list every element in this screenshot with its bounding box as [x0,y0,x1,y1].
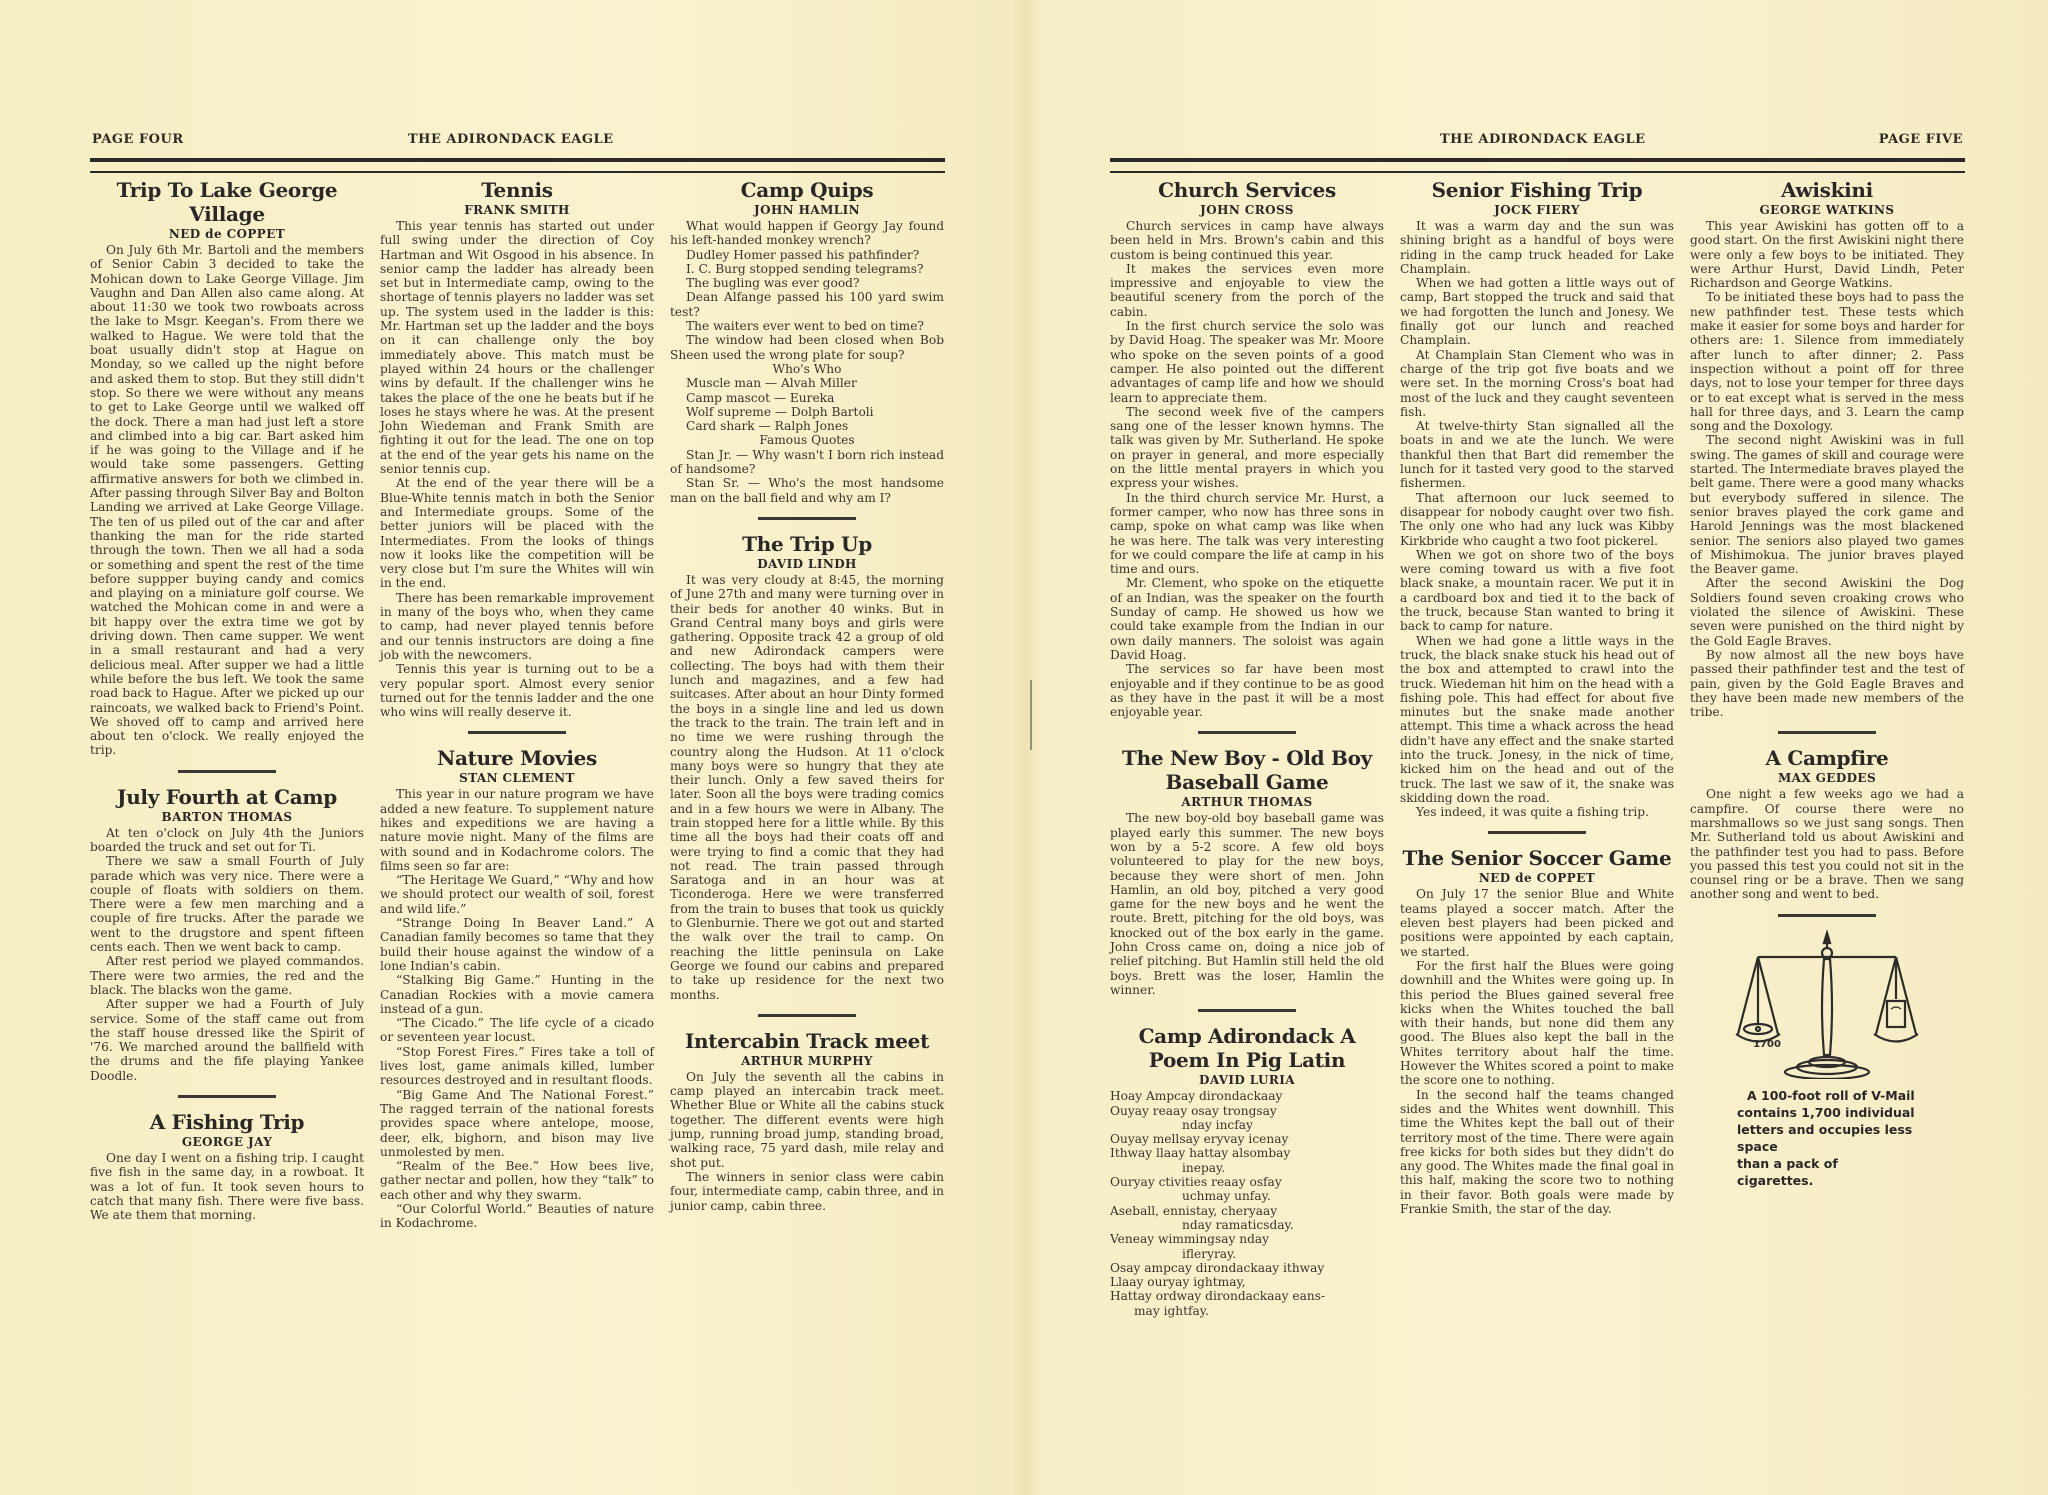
article-separator [1488,831,1586,834]
newspaper-spread: PAGE FOUR THE ADIRONDACK EAGLE Trip To L… [0,0,2048,1495]
column-2: TennisFRANK SMITHThis year tennis has st… [380,176,654,1468]
article-byline: ARTHUR THOMAS [1110,794,1384,810]
article-title: A Fishing Trip [90,1110,364,1134]
article-paragraph: It makes the services even more impressi… [1110,262,1384,319]
article-byline: FRANK SMITH [380,202,654,218]
article-paragraph: One night a few weeks ago we had a campf… [1690,787,1964,901]
article-paragraph: For the first half the Blues were going … [1400,959,1674,1088]
caption-line: letters and occupies less space [1737,1121,1917,1155]
whos-who-item: Muscle man — Alvah Miller [670,376,944,390]
article-paragraph: “The Cicado.” The life cycle of a cicado… [380,1016,654,1045]
column-3: AwiskiniGEORGE WATKINSThis year Awiskini… [1690,176,1964,1468]
article-paragraph: The second week five of the campers sang… [1110,405,1384,491]
article-byline: GEORGE JAY [90,1134,364,1150]
poem-line: uchmay unfay. [1110,1189,1384,1203]
article: Intercabin Track meetARTHUR MURPHYOn Jul… [670,1029,944,1213]
newspaper-name: THE ADIRONDACK EAGLE [408,132,614,147]
article-paragraph: At twelve-thirty Stan signalled all the … [1400,419,1674,490]
article-separator [178,770,276,773]
article-title: The New Boy - Old Boy Baseball Game [1110,746,1384,794]
poem-line: Aseball, ennistay, cheryaay [1110,1204,1384,1218]
quip-item: The waiters ever went to bed on time? [670,319,944,333]
quip-item: The bugling was ever good? [670,276,944,290]
article: Nature MoviesSTAN CLEMENTThis year in ou… [380,746,654,1230]
article-separator [468,731,566,734]
poem-line: Hoay Ampcay dirondackaay [1110,1089,1384,1103]
whos-who-item: Camp mascot — Eureka [670,391,944,405]
article-paragraph: It was a warm day and the sun was shinin… [1400,219,1674,276]
famous-quotes-heading: Famous Quotes [670,433,944,447]
article-paragraph: On July 17 the senior Blue and White tea… [1400,887,1674,958]
article-paragraph: At the end of the year there will be a B… [380,476,654,590]
vmail-caption: A 100-foot roll of V-Mailcontains 1,700 … [1737,1087,1917,1189]
article-separator [1198,731,1296,734]
whos-who-item: Wolf supreme — Dolph Bartoli [670,405,944,419]
article-title: Tennis [380,178,654,202]
poem-line: may ightfay. [1110,1304,1384,1318]
article-paragraph: In the second half the teams changed sid… [1400,1088,1674,1217]
article-paragraph: Church services in camp have always been… [1110,219,1384,262]
caption-line: than a pack of cigarettes. [1737,1155,1917,1189]
article-byline: JOHN CROSS [1110,202,1384,218]
article: Trip To Lake George VillageNED de COPPET… [90,178,364,758]
poem-line: Llaay ouryay ightmay, [1110,1275,1384,1289]
poem: Hoay Ampcay dirondackaayOuyay reaay osay… [1110,1089,1384,1318]
article-paragraph: When we got on shore two of the boys wer… [1400,548,1674,634]
article-title: Camp Adirondack A Poem In Pig Latin [1110,1024,1384,1072]
article-title: Trip To Lake George Village [90,178,364,226]
article-paragraph: After rest period we played commandos. T… [90,954,364,997]
column-1: Trip To Lake George VillageNED de COPPET… [90,176,364,1468]
article-paragraph: That afternoon our luck seemed to disapp… [1400,491,1674,548]
article-byline: DAVID LURIA [1110,1072,1384,1088]
article-byline: GEORGE WATKINS [1690,202,1964,218]
columns: Church ServicesJOHN CROSSChurch services… [1110,176,1965,1468]
quip-item: I. C. Burg stopped sending telegrams? [670,262,944,276]
poem-line: Ouryay ctivities reaay osfay [1110,1175,1384,1189]
article-separator [758,1014,856,1017]
columns: Trip To Lake George VillageNED de COPPET… [90,176,945,1468]
article-title: July Fourth at Camp [90,785,364,809]
article-paragraph: At Champlain Stan Clement who was in cha… [1400,348,1674,419]
article-title: The Senior Soccer Game [1400,846,1674,870]
article-byline: NED de COPPET [90,226,364,242]
quip-item: What would happen if Georgy Jay found hi… [670,219,944,248]
article-paragraph: In the first church service the solo was… [1110,319,1384,405]
article-paragraph: On July the seventh all the cabins in ca… [670,1070,944,1170]
vmail-advertisement: 1700A 100-foot roll of V-Mailcontains 1,… [1690,929,1964,1189]
famous-quote: Stan Sr. — Who's the most handsome man o… [670,476,944,505]
article-paragraph: This year tennis has started out under f… [380,219,654,476]
article-separator [1198,1009,1296,1012]
article-paragraph: This year Awiskini has gotten off to a g… [1690,219,1964,290]
article-paragraph: It was very cloudy at 8:45, the morning … [670,573,944,1002]
column-3: Camp QuipsJOHN HAMLINWhat would happen i… [670,176,944,1468]
article: Church ServicesJOHN CROSSChurch services… [1110,178,1384,719]
poem-line: Osay ampcay dirondackaay ithway [1110,1261,1384,1275]
article-paragraph: After supper we had a Fourth of July ser… [90,997,364,1083]
article-paragraph: One day I went on a fishing trip. I caug… [90,1151,364,1222]
article: A CampfireMAX GEDDESOne night a few week… [1690,746,1964,901]
article-byline: MAX GEDDES [1690,770,1964,786]
article-paragraph: “The Heritage We Guard,” “Why and how we… [380,873,654,916]
header-rule [90,158,945,173]
article-paragraph: To be initiated these boys had to pass t… [1690,290,1964,433]
article-byline: JOCK FIERY [1400,202,1674,218]
article-paragraph: On July 6th Mr. Bartoli and the members … [90,243,364,758]
article-paragraph: By now almost all the new boys have pass… [1690,648,1964,719]
article-title: Camp Quips [670,178,944,202]
article: July Fourth at CampBARTON THOMASAt ten o… [90,785,364,1083]
article: Senior Fishing TripJOCK FIERYIt was a wa… [1400,178,1674,819]
article-paragraph: When we had gotten a little ways out of … [1400,276,1674,347]
article-paragraph: “Big Game And The National Forest.” The … [380,1088,654,1159]
article-separator [758,517,856,520]
article-paragraph: Yes indeed, it was quite a fishing trip. [1400,805,1674,819]
famous-quote: Stan Jr. — Why wasn't I born rich instea… [670,448,944,477]
article-paragraph: Mr. Clement, who spoke on the etiquette … [1110,576,1384,662]
article-title: A Campfire [1690,746,1964,770]
article: Camp Adirondack A Poem In Pig LatinDAVID… [1110,1024,1384,1318]
poem-line: Veneay wimmingsay nday [1110,1232,1384,1246]
page-number: PAGE FOUR [92,132,184,147]
article-paragraph: There has been remarkable improvement in… [380,591,654,662]
poem-line: inepay. [1110,1161,1384,1175]
page-number: PAGE FIVE [1879,132,1963,147]
poem-line: Ithway llaay hattay alsombay [1110,1146,1384,1160]
poem-line: Hattay ordway dirondackaay eans- [1110,1289,1384,1303]
article: AwiskiniGEORGE WATKINSThis year Awiskini… [1690,178,1964,719]
article-byline: ARTHUR MURPHY [670,1053,944,1069]
article-title: Intercabin Track meet [670,1029,944,1053]
article-title: Nature Movies [380,746,654,770]
caption-line: contains 1,700 individual [1737,1104,1917,1121]
whos-who-item: Card shark — Ralph Jones [670,419,944,433]
whos-who-heading: Who's Who [670,362,944,376]
article: A Fishing TripGEORGE JAYOne day I went o… [90,1110,364,1222]
running-header: PAGE FOUR THE ADIRONDACK EAGLE [90,128,945,150]
article-separator [178,1095,276,1098]
article-paragraph: This year in our nature program we have … [380,787,654,873]
article-paragraph: At ten o'clock on July 4th the Juniors b… [90,826,364,855]
article-title: Church Services [1110,178,1384,202]
article-paragraph: In the third church service Mr. Hurst, a… [1110,491,1384,577]
article: The Senior Soccer GameNED de COPPETOn Ju… [1400,846,1674,1216]
caption-line: A 100-foot roll of V-Mail [1737,1087,1917,1104]
header-rule [1110,158,1965,173]
article-title: Awiskini [1690,178,1964,202]
article-paragraph: “Strange Doing In Beaver Land.” A Canadi… [380,916,654,973]
poem-line: nday ramaticsday. [1110,1218,1384,1232]
column-2: Senior Fishing TripJOCK FIERYIt was a wa… [1400,176,1674,1468]
article-separator [1778,914,1876,917]
article-byline: BARTON THOMAS [90,809,364,825]
article-paragraph: The second night Awiskini was in full sw… [1690,433,1964,576]
column-1: Church ServicesJOHN CROSSChurch services… [1110,176,1384,1468]
article-paragraph: There we saw a small Fourth of July para… [90,854,364,954]
article-paragraph: The winners in senior class were cabin f… [670,1170,944,1213]
article-title: Senior Fishing Trip [1400,178,1674,202]
poem-line: Ouyay mellsay eryvay icenay [1110,1132,1384,1146]
fold-mark [1030,680,1032,750]
article-title: The Trip Up [670,532,944,556]
article-separator [1778,731,1876,734]
article-byline: JOHN HAMLIN [670,202,944,218]
article-paragraph: The services so far have been most enjoy… [1110,662,1384,719]
article-paragraph: “Realm of the Bee.” How bees live, gathe… [380,1159,654,1202]
quip-item: The window had been closed when Bob Shee… [670,333,944,362]
poem-line: nday incfay [1110,1118,1384,1132]
page-four: PAGE FOUR THE ADIRONDACK EAGLE Trip To L… [90,128,945,1468]
article: The Trip UpDAVID LINDHIt was very cloudy… [670,532,944,1002]
article: The New Boy - Old Boy Baseball GameARTHU… [1110,746,1384,997]
newspaper-name: THE ADIRONDACK EAGLE [1440,132,1646,147]
page-five: THE ADIRONDACK EAGLE PAGE FIVE Church Se… [1110,128,1965,1468]
quip-item: Dean Alfange passed his 100 yard swim te… [670,290,944,319]
article: Camp QuipsJOHN HAMLINWhat would happen i… [670,178,944,505]
article-paragraph: The new boy-old boy baseball game was pl… [1110,811,1384,997]
poem-line: ifleryray. [1110,1247,1384,1261]
article-paragraph: “Stalking Big Game.” Hunting in the Cana… [380,973,654,1016]
article-paragraph: “Our Colorful World.” Beauties of nature… [380,1202,654,1231]
balance-scale-icon [1732,929,1922,1079]
article-paragraph: When we had gone a little ways in the tr… [1400,634,1674,806]
article-paragraph: After the second Awiskini the Dog Soldie… [1690,576,1964,647]
article-byline: DAVID LINDH [670,556,944,572]
quip-item: Dudley Homer passed his pathfinder? [670,248,944,262]
running-header: THE ADIRONDACK EAGLE PAGE FIVE [1110,128,1965,150]
poem-line: Ouyay reaay osay trongsay [1110,1104,1384,1118]
article-paragraph: “Stop Forest Fires.” Fires take a toll o… [380,1045,654,1088]
article-paragraph: Tennis this year is turning out to be a … [380,662,654,719]
article-byline: NED de COPPET [1400,870,1674,886]
article: TennisFRANK SMITHThis year tennis has st… [380,178,654,719]
article-byline: STAN CLEMENT [380,770,654,786]
